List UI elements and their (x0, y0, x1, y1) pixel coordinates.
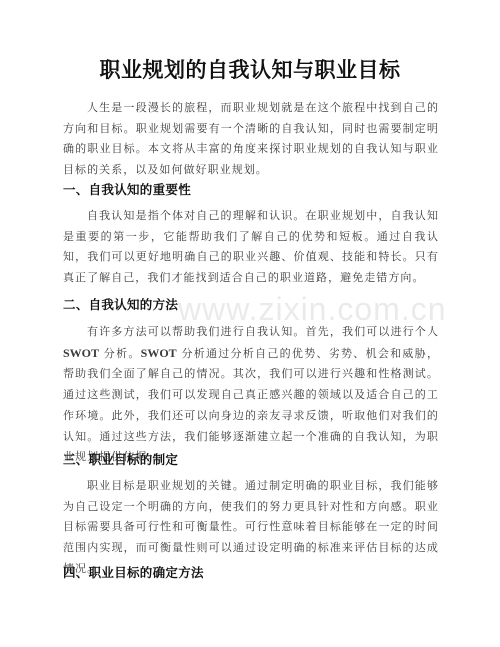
body-text: 分析通过分析自己的优势、劣势、机会和威胁，帮助我们全面了解自己的情况。其次，我们… (63, 347, 439, 464)
swot-term: SWOT (141, 346, 177, 360)
section-body-2: 有许多方法可以帮助我们进行自我认知。首先，我们可以进行个人 SWOT 分析。SW… (63, 322, 439, 468)
body-text: 分析。 (104, 347, 141, 360)
section-heading-3: 三、职业目标的制定 (63, 451, 178, 469)
section-heading-2: 二、自我认知的方法 (63, 296, 178, 314)
document-title: 职业规划的自我认知与职业目标 (0, 55, 500, 85)
swot-term: SWOT (63, 346, 99, 360)
section-heading-1: 一、自我认知的重要性 (63, 181, 191, 199)
section-heading-4: 四、职业目标的确定方法 (63, 564, 204, 582)
body-text: 有许多方法可以帮助我们进行自我认知。首先，我们可以进行个人 (87, 325, 439, 338)
intro-paragraph: 人生是一段漫长的旅程，而职业规划就是在这个旅程中找到自己的方向和目标。职业规划需… (63, 98, 439, 181)
section-body-1: 自我认知是指个体对自己的理解和认识。在职业规划中，自我认知是重要的第一步，它能帮… (63, 206, 439, 289)
document-page: 职业规划的自我认知与职业目标 人生是一段漫长的旅程，而职业规划就是在这个旅程中找… (0, 0, 500, 647)
